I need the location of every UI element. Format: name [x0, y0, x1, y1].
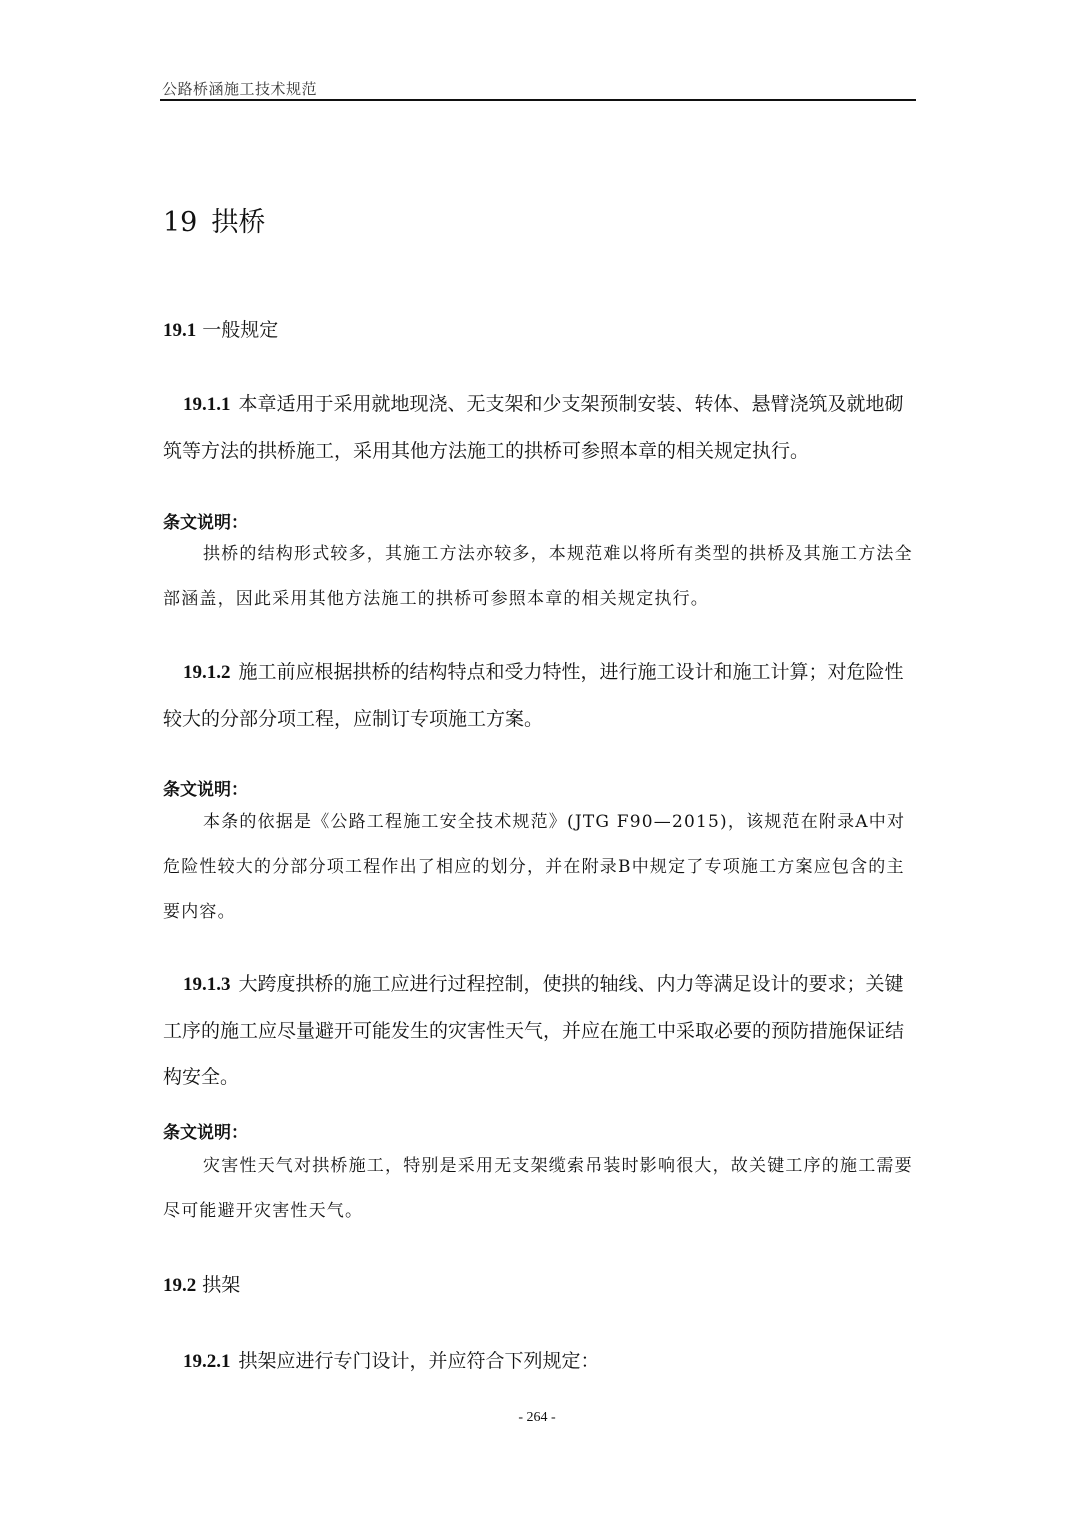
clause-number: 19.2.1: [183, 1351, 231, 1372]
clause-19-1-1: 19.1.1本章适用于采用就地现浇、无支架和少支架预制安装、转体、悬臂浇筑及就地…: [163, 381, 915, 474]
note-title: 条文说明：: [163, 1118, 248, 1143]
section-number: 19.2: [163, 1275, 196, 1296]
clause-note-19-1-2: 本条的依据是《公路工程施工安全技术规范》(JTG F90—2015)，该规范在附…: [163, 800, 915, 935]
page-number: - 264 -: [0, 1410, 1074, 1426]
chapter-heading: 19拱桥: [163, 200, 265, 239]
note-text: 拱桥的结构形式较多，其施工方法亦较多，本规范难以将所有类型的拱桥及其施工方法全部…: [163, 544, 913, 609]
clause-text: 本章适用于采用就地现浇、无支架和少支架预制安装、转体、悬臂浇筑及就地砌筑等方法的…: [163, 393, 904, 462]
clause-number: 19.1.3: [183, 974, 231, 995]
section-heading-19-2: 19.2 拱架: [163, 1270, 240, 1297]
section-title: 一般规定: [202, 319, 278, 341]
header-rule: [160, 99, 916, 101]
clause-text: 大跨度拱桥的施工应进行过程控制，使拱的轴线、内力等满足设计的要求；关键工序的施工…: [163, 973, 904, 1088]
chapter-title: 拱桥: [211, 207, 265, 238]
clause-note-19-1-1: 拱桥的结构形式较多，其施工方法亦较多，本规范难以将所有类型的拱桥及其施工方法全部…: [163, 532, 915, 622]
clause-number: 19.1.2: [183, 662, 231, 683]
clause-text: 拱架应进行专门设计，并应符合下列规定：: [239, 1350, 600, 1372]
note-title: 条文说明：: [163, 508, 248, 533]
clause-19-1-2: 19.1.2施工前应根据拱桥的结构特点和受力特性，进行施工设计和施工计算；对危险…: [163, 649, 915, 742]
clause-19-2-1: 19.2.1拱架应进行专门设计，并应符合下列规定：: [163, 1338, 915, 1385]
clause-note-19-1-3: 灾害性天气对拱桥施工，特别是采用无支架缆索吊装时影响很大，故关键工序的施工需要尽…: [163, 1144, 915, 1234]
section-number: 19.1: [163, 320, 196, 341]
clause-number: 19.1.1: [183, 394, 231, 415]
running-header: 公路桥涵施工技术规范: [162, 78, 317, 99]
clause-text: 施工前应根据拱桥的结构特点和受力特性，进行施工设计和施工计算；对危险性较大的分部…: [163, 661, 904, 730]
section-heading-19-1: 19.1 一般规定: [163, 315, 278, 342]
chapter-number: 19: [163, 207, 197, 238]
note-title: 条文说明：: [163, 775, 248, 800]
section-title: 拱架: [202, 1274, 240, 1296]
clause-19-1-3: 19.1.3大跨度拱桥的施工应进行过程控制，使拱的轴线、内力等满足设计的要求；关…: [163, 961, 915, 1100]
note-text: 灾害性天气对拱桥施工，特别是采用无支架缆索吊装时影响很大，故关键工序的施工需要尽…: [163, 1156, 913, 1221]
note-text: 本条的依据是《公路工程施工安全技术规范》(JTG F90—2015)，该规范在附…: [163, 812, 905, 922]
